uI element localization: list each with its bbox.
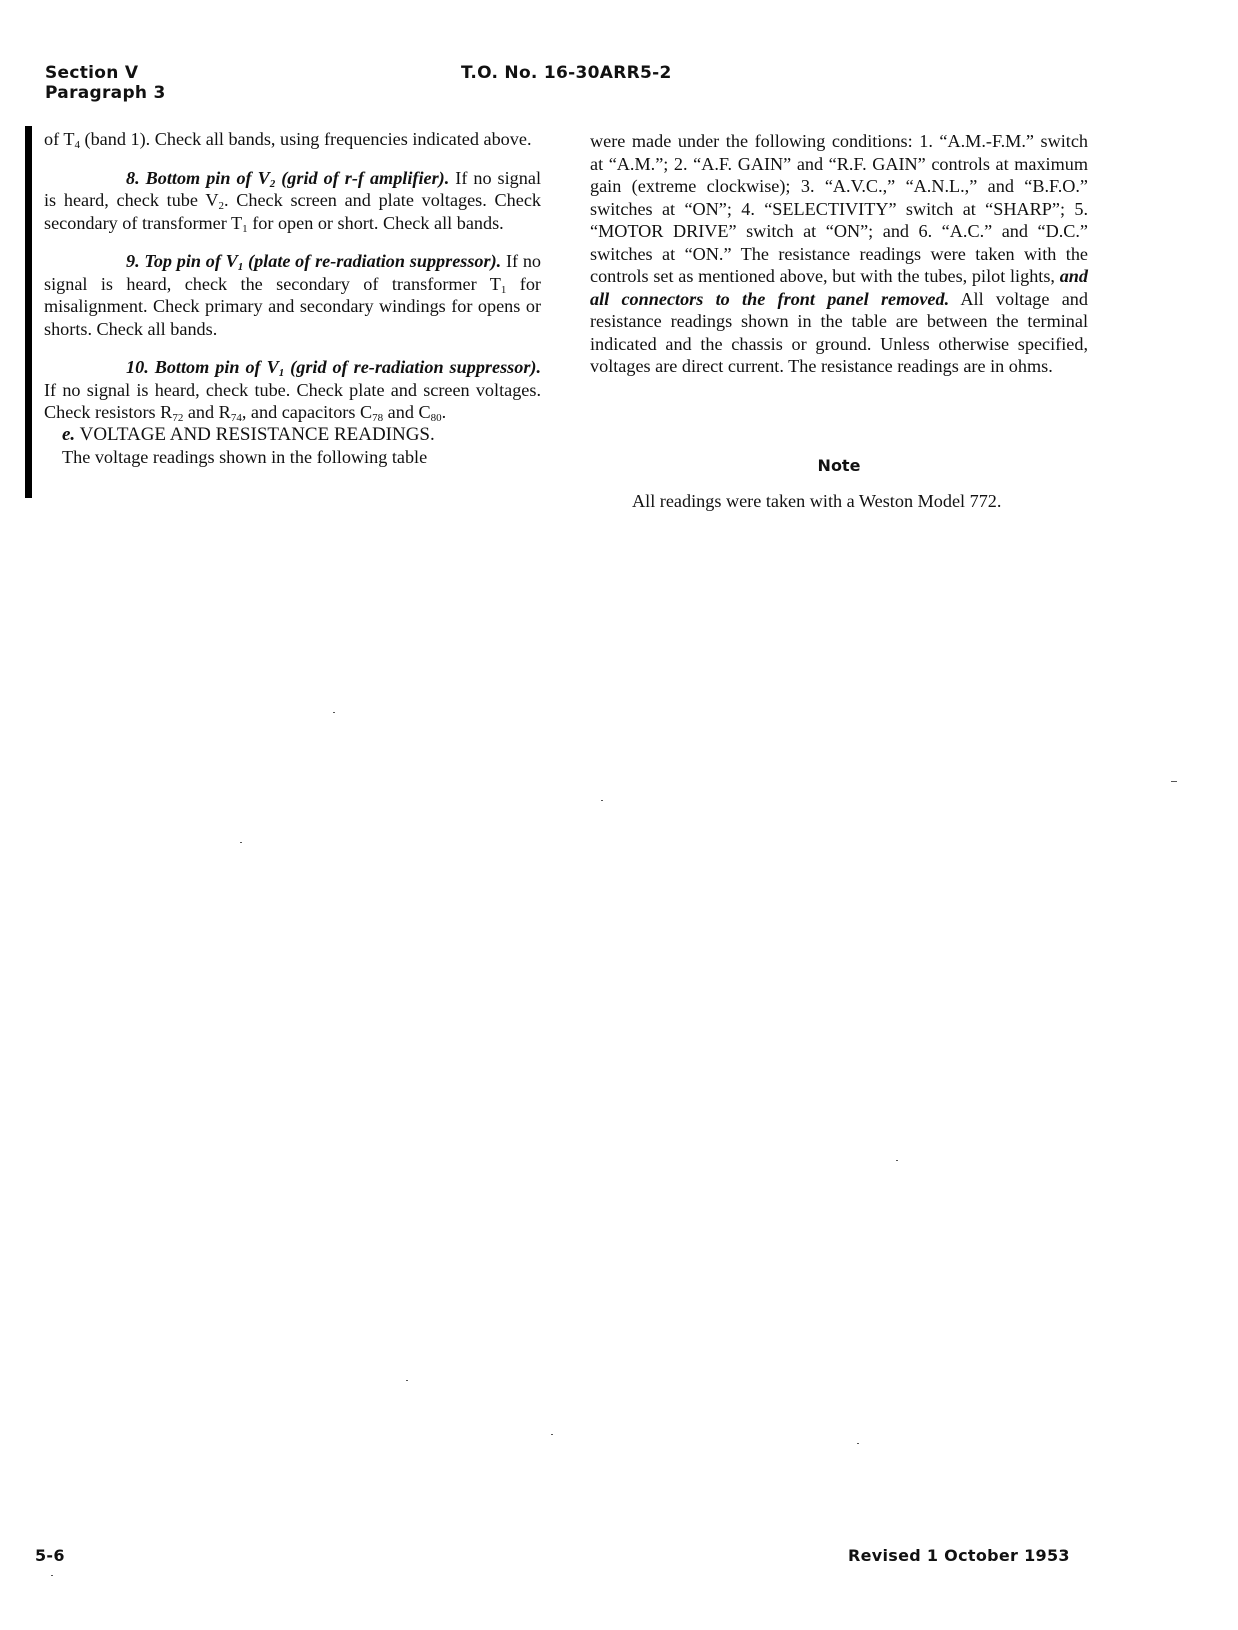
technical-order-number: T.O. No. 16-30ARR5-2 (461, 63, 672, 83)
item-9-paragraph: 9. Top pin of V1 (plate of re-radiation … (44, 250, 541, 340)
conditions-paragraph: were made under the following conditions… (590, 130, 1088, 378)
scan-speck (857, 1443, 859, 1444)
page-header-left: Section V Paragraph 3 (45, 63, 166, 103)
scan-speck (896, 1160, 898, 1161)
scan-speck (406, 1380, 408, 1381)
scan-speck (51, 1575, 53, 1576)
section-e-intro: The voltage readings shown in the follow… (44, 446, 541, 469)
item-8-paragraph: 8. Bottom pin of V2 (grid of r-f amplifi… (44, 167, 541, 235)
item-10-heading: 10. Bottom pin of V1 (grid of re-radiati… (126, 357, 541, 377)
section-e-letter: e. (62, 424, 75, 445)
left-column: of T4 (band 1). Check all bands, using f… (44, 128, 541, 469)
scan-speck (551, 1434, 553, 1435)
section-label: Section V (45, 63, 166, 83)
note-body: All readings were taken with a Weston Mo… (632, 490, 1062, 513)
page-number: 5-6 (35, 1546, 65, 1565)
item-9-heading: 9. Top pin of V1 (plate of re-radiation … (126, 251, 501, 271)
revision-date: Revised 1 October 1953 (848, 1546, 1070, 1565)
revision-change-bar (25, 126, 32, 498)
section-e-heading: e. VOLTAGE AND RESISTANCE READINGS. (44, 424, 541, 447)
scan-speck (601, 800, 603, 801)
section-e-title: VOLTAGE AND RESISTANCE READINGS. (75, 424, 435, 445)
note-heading: Note (590, 456, 1088, 475)
item-10-paragraph: 10. Bottom pin of V1 (grid of re-radiati… (44, 356, 541, 424)
paragraph-label: Paragraph 3 (45, 83, 166, 103)
item-8-heading: 8. Bottom pin of V2 (grid of r-f amplifi… (126, 168, 449, 188)
scan-speck (240, 842, 242, 843)
scan-speck (1171, 781, 1177, 782)
continuation-paragraph: of T4 (band 1). Check all bands, using f… (44, 128, 541, 151)
scan-speck (333, 712, 335, 713)
right-column: were made under the following conditions… (590, 128, 1088, 378)
